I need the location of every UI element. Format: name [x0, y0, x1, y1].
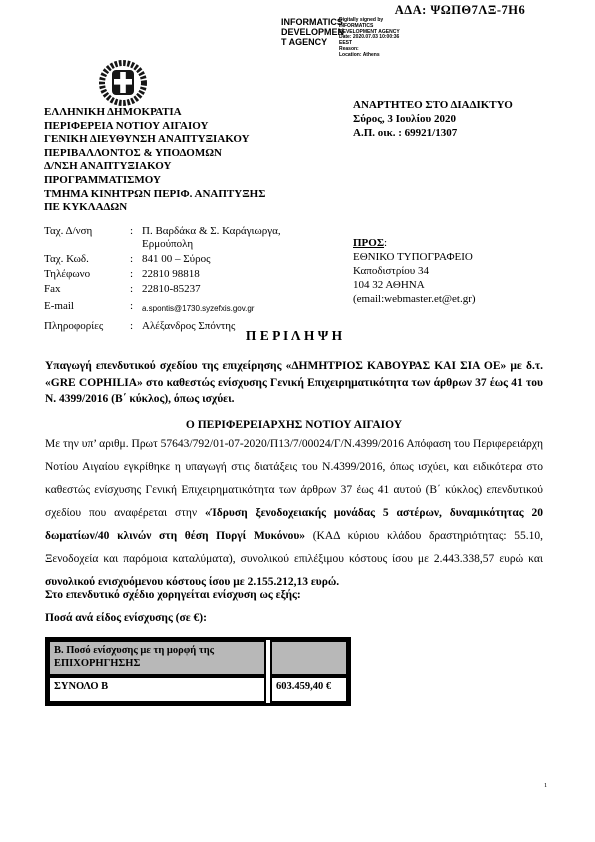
contact-value: Π. Βαρδάκα & Σ. Καράγιωργα, Ερμούπολη — [142, 225, 344, 251]
letterhead-line: ΠΕΡΙΦΕΡΕΙΑ ΝΟΤΙΟΥ ΑΙΓΑΙΟΥ — [44, 120, 265, 134]
decision-body-paragraph: Με την υπ’ αριθμ. Πρωτ 57643/792/01-07-2… — [45, 433, 543, 594]
protocol-number: Α.Π. οικ. : 69921/1307 — [353, 126, 513, 140]
letterhead-line: ΕΛΛΗΝΙΚΗ ΔΗΜΟΚΡΑΤΙΑ — [44, 106, 265, 120]
document-date: Σύρος, 3 Ιουλίου 2020 — [353, 112, 513, 126]
letterhead-line: ΤΜΗΜΑ ΚΙΝΗΤΡΩΝ ΠΕΡΙΦ. ΑΝΑΠΤΥΞΗΣ — [44, 188, 265, 202]
aid-amount-table: Β. Ποσό ενίσχυσης με τη μορφή της ΕΠΙΧΟΡ… — [45, 637, 351, 706]
contact-value: 22810-85237 — [142, 283, 344, 296]
signature-agency-line: INFORMATICS — [281, 17, 343, 27]
recipient-city: 104 32 ΑΘΗΝΑ — [353, 278, 476, 292]
letterhead-line: Δ/ΝΣΗ ΑΝΑΠΤΥΞΙΑΚΟΥ — [44, 160, 265, 174]
contact-details: Ταχ. Δ/νση : Π. Βαρδάκα & Σ. Καράγιωργα,… — [44, 225, 344, 335]
amounts-heading: Ποσά ανά είδος ενίσχυσης (σε €): — [45, 612, 207, 624]
letterhead-line: ΓΕΝΙΚΗ ΔΙΕΥΘΥΝΣΗ ΑΝΑΠΤΥΞΙΑΚΟΥ — [44, 133, 265, 147]
signature-agency-line: T AGENCY — [281, 37, 343, 47]
document-page: ΑΔΑ: ΨΩΠΘ7ΛΞ-7Η6 INFORMATICS DEVELOPMEN … — [0, 0, 595, 842]
table-total-value: 603.459,40 € — [270, 676, 348, 703]
recipient-heading-colon: : — [384, 237, 387, 249]
recipient-street: Καποδιστρίου 34 — [353, 264, 476, 278]
recipient-name: ΕΘΝΙΚΟ ΤΥΠΟΓΡΑΦΕΙΟ — [353, 250, 476, 264]
page-number: 1 — [544, 782, 547, 789]
contact-colon: : — [130, 225, 142, 251]
recipient-email: (email:webmaster.et@et.gr) — [353, 292, 476, 306]
greek-emblem-icon — [96, 59, 150, 112]
grant-intro-line: Στο επενδυτικό σχέδιο χορηγείται ενίσχυσ… — [45, 589, 301, 601]
table-header-cell-label: Β. Ποσό ενίσχυσης με τη μορφή της ΕΠΙΧΟΡ… — [48, 640, 266, 676]
signature-agency-line: DEVELOPMEN — [281, 27, 343, 37]
table-row: ΣΥΝΟΛΟ Β 603.459,40 € — [48, 676, 348, 703]
contact-colon: : — [130, 268, 142, 281]
posting-block: ΑΝΑΡΤΗΤΕΟ ΣΤΟ ΔΙΑΔΙΚΤΥΟ Σύρος, 3 Ιουλίου… — [353, 98, 513, 140]
table-header-cell-value — [270, 640, 348, 676]
decision-authority-heading: Ο ΠΕΡΙΦΕΡΕΙΑΡΧΗΣ ΝΟΤΙΟΥ ΑΙΓΑΙΟΥ — [45, 419, 543, 431]
table-row: Β. Ποσό ενίσχυσης με τη μορφή της ΕΠΙΧΟΡ… — [48, 640, 348, 676]
digital-signature-details: Digitally signed by INFORMATICS DEVELOPM… — [339, 18, 439, 59]
contact-label: Τηλέφωνο — [44, 268, 130, 281]
contact-row-email: E-mail : a.spontis@1730.syzefxis.gov.gr — [44, 300, 344, 315]
contact-label: Ταχ. Κωδ. — [44, 253, 130, 266]
letterhead-line: ΠΡΟΓΡΑΜΜΑΤΙΣΜΟΥ — [44, 174, 265, 188]
contact-label: Ταχ. Δ/νση — [44, 225, 130, 251]
posting-notice: ΑΝΑΡΤΗΤΕΟ ΣΤΟ ΔΙΑΔΙΚΤΥΟ — [353, 98, 513, 112]
contact-row-postcode: Ταχ. Κωδ. : 841 00 – Σύρος — [44, 253, 344, 266]
contact-value: 22810 98818 — [142, 268, 344, 281]
contact-colon: : — [130, 283, 142, 296]
summary-paragraph: Υπαγωγή επενδυτικού σχεδίου της επιχείρη… — [45, 358, 543, 408]
contact-value: 841 00 – Σύρος — [142, 253, 344, 266]
body-segment-aided-cost: συνολικού ενισχυόμενου κόστους ίσου με 2… — [45, 576, 339, 588]
contact-colon: : — [130, 253, 142, 266]
signature-detail-line: Location: Athens — [339, 53, 439, 59]
letterhead-line: ΠΕΡΙΒΑΛΛΟΝΤΟΣ & ΥΠΟΔΟΜΩΝ — [44, 147, 265, 161]
letterhead: ΕΛΛΗΝΙΚΗ ΔΗΜΟΚΡΑΤΙΑ ΠΕΡΙΦΕΡΕΙΑ ΝΟΤΙΟΥ ΑΙ… — [44, 106, 265, 215]
summary-heading: Π Ε Ρ Ι Λ Η Ψ Η — [45, 328, 543, 344]
sender-email: a.spontis@1730.syzefxis.gov.gr — [142, 300, 344, 315]
contact-row-phone: Τηλέφωνο : 22810 98818 — [44, 268, 344, 281]
contact-label: Fax — [44, 283, 130, 296]
ada-code: ΑΔΑ: ΨΩΠΘ7ΛΞ-7Η6 — [345, 3, 575, 18]
recipient-block: ΠΡΟΣ: ΕΘΝΙΚΟ ΤΥΠΟΓΡΑΦΕΙΟ Καποδιστρίου 34… — [353, 236, 476, 306]
contact-row-fax: Fax : 22810-85237 — [44, 283, 344, 296]
contact-label: E-mail — [44, 300, 130, 315]
recipient-heading: ΠΡΟΣ — [353, 237, 384, 249]
digital-signature-agency: INFORMATICS DEVELOPMEN T AGENCY — [281, 17, 343, 47]
contact-row-address: Ταχ. Δ/νση : Π. Βαρδάκα & Σ. Καράγιωργα,… — [44, 225, 344, 251]
table-total-label: ΣΥΝΟΛΟ Β — [48, 676, 266, 703]
contact-colon: : — [130, 300, 142, 315]
letterhead-line: ΠΕ ΚΥΚΛΑΔΩΝ — [44, 201, 265, 215]
